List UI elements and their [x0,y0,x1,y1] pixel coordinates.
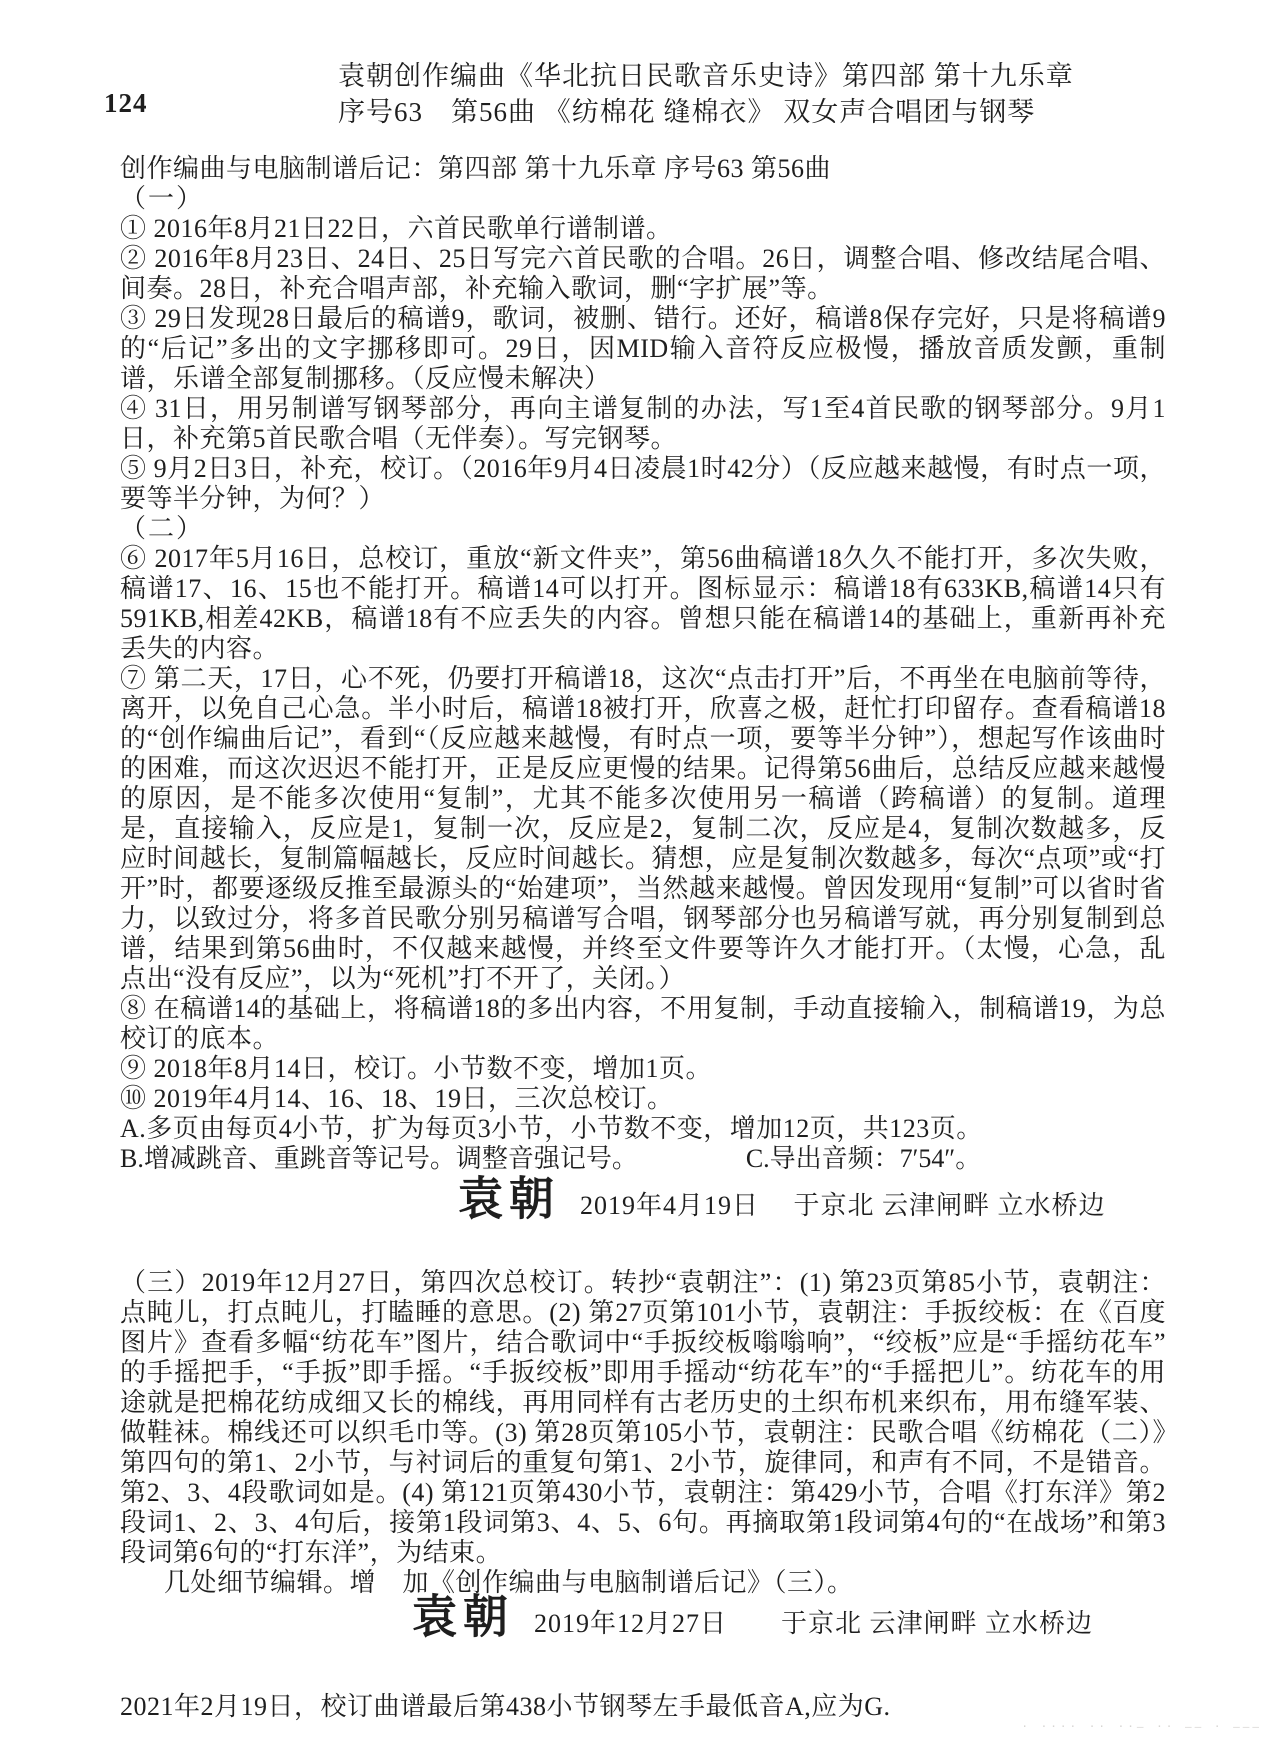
final-correction-note: 2021年2月19日，校订曲谱最后第438小节钢琴左手最低音A,应为G. [120,1692,1166,1722]
part1-item-2: ② 2016年8月23日、24日、25日写完六首民歌的合唱。26日，调整合唱、修… [120,244,1166,304]
part2-item-10: ⑩ 2019年4月14、16、18、19日，三次总校订。 [120,1084,1166,1114]
running-header: 袁朝创作编曲《华北抗日民歌音乐史诗》第四部 第十九乐章 序号63 第56曲 《纺… [120,58,1165,130]
part2-marker: （二） [120,514,1166,544]
part1-item-3: ③ 29日发现28日最后的稿谱9，歌词，被删、错行。还好，稿谱8保存完好，只是将… [120,304,1166,394]
part1-item-4: ④ 31日，用另制谱写钢琴部分，再向主谱复制的办法，写1至4首民歌的钢琴部分。9… [120,394,1166,454]
part2-item-8: ⑧ 在稿谱14的基础上，将稿谱18的多出内容，不用复制，手动直接输入，制稿谱19… [120,994,1166,1054]
signature-date-place: 2019年12月27日 于京北 云津闸畔 立水桥边 [534,1609,1093,1639]
signature-date-place: 2019年4月19日 于京北 云津闸畔 立水桥边 [580,1191,1106,1221]
note-a: A.多页由每页4小节，扩为每页3小节，小节数不变，增加12页，共123页。 [120,1114,1166,1144]
signature-name: 袁朝 [412,1602,514,1633]
part1-item-5: ⑤ 9月2日3日，补充，校订。（2016年9月4日凌晨1时42分）（反应越来越慢… [120,454,1166,514]
postscript-title: 创作编曲与电脑制谱后记：第四部 第十九乐章 序号63 第56曲 [120,154,1166,184]
part3-paragraph: （三）2019年12月27日，第四次总校订。转抄“袁朝注”：(1) 第23页第8… [120,1268,1166,1568]
note-b-c-row: B.增减跳音、重跳音等记号。调整音强记号。 C.导出音频：7′54″。 [120,1144,1166,1174]
part2-item-6: ⑥ 2017年5月16日，总校订，重放“新文件夹”，第56曲稿谱18久久不能打开… [120,544,1166,664]
header-line-2: 序号63 第56曲 《纺棉花 缝棉衣》 双女声合唱团与钢琴 [338,94,1165,130]
part1-item-1: ① 2016年8月21日22日，六首民歌单行谱制谱。 [120,214,1166,244]
document-body: 创作编曲与电脑制谱后记：第四部 第十九乐章 序号63 第56曲 （一） ① 20… [120,154,1166,1722]
scanned-document-page: 124 袁朝创作编曲《华北抗日民歌音乐史诗》第四部 第十九乐章 序号63 第56… [0,0,1278,1757]
faint-scan-watermark: · ···· ·· ··— ·· —— · ——— [1021,1720,1262,1733]
signature-block-2: 袁朝 2019年12月27日 于京北 云津闸畔 立水桥边 [412,1602,1166,1662]
page-number: 124 [104,88,148,119]
header-line-1: 袁朝创作编曲《华北抗日民歌音乐史诗》第四部 第十九乐章 [338,58,1165,94]
note-b: B.增减跳音、重跳音等记号。调整音强记号。 [120,1144,638,1174]
signature-block-1: 袁朝 2019年4月19日 于京北 云津闸畔 立水桥边 [458,1184,1166,1246]
note-c: C.导出音频：7′54″。 [746,1144,981,1174]
part2-item-9: ⑨ 2018年8月14日，校订。小节数不变，增加1页。 [120,1054,1166,1084]
part2-item-7: ⑦ 第二天，17日，心不死，仍要打开稿谱18，这次“点击打开”后，不再坐在电脑前… [120,664,1166,994]
part1-marker: （一） [120,184,1166,214]
signature-name: 袁朝 [458,1184,560,1215]
edit-note: 几处细节编辑。增 加《创作编曲与电脑制谱后记》（三）。 [120,1568,1166,1598]
